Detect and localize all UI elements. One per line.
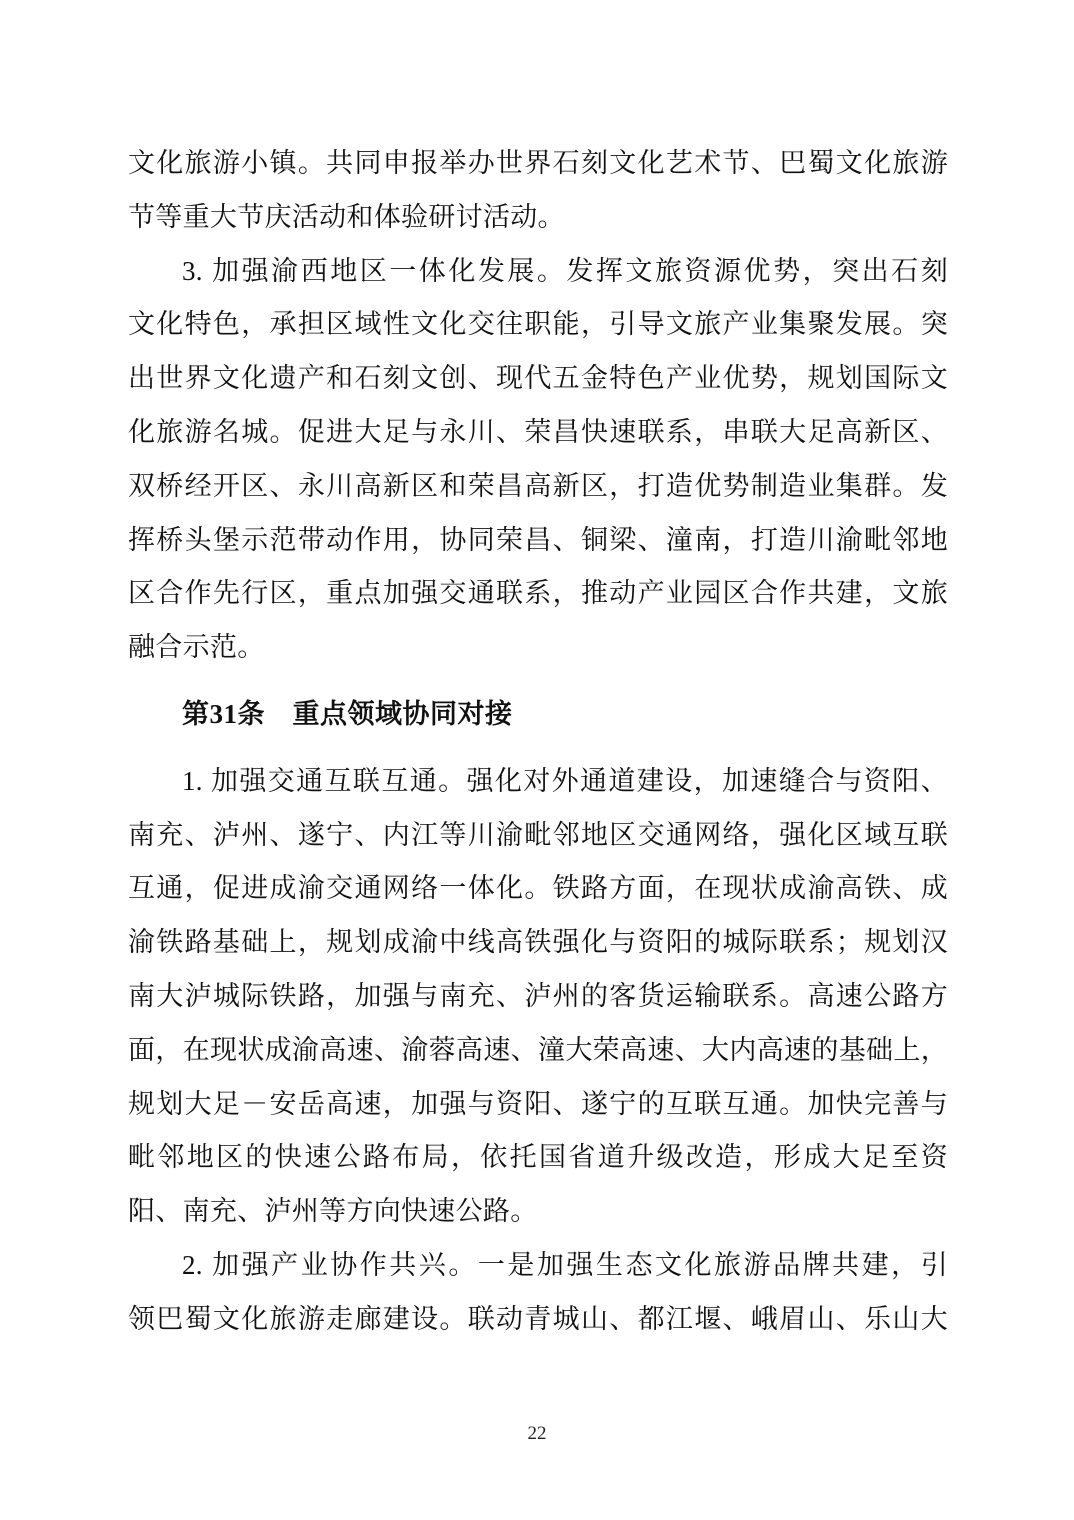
text-line: 互通，促进成渝交通网络一体化。铁路方面，在现状成渝高铁、成 (128, 862, 948, 916)
text-line: 双桥经开区、永川高新区和荣昌高新区，打造优势制造业集群。发 (128, 460, 948, 514)
text-line: 阳、南充、泸州等方向快速公路。 (128, 1185, 948, 1239)
text-line: 文化特色，承担区域性文化交往职能，引导文旅产业集聚发展。突 (128, 298, 948, 352)
paragraph: 1. 加强交通互联互通。强化对外通道建设，加速缝合与资阳、南充、泸州、遂宁、内江… (128, 755, 948, 1239)
text-line: 领巴蜀文化旅游走廊建设。联动青城山、都江堰、峨眉山、乐山大 (128, 1293, 948, 1347)
text-line: 区合作先行区，重点加强交通联系，推动产业园区合作共建，文旅 (128, 567, 948, 621)
text-line: 南大泸城际铁路，加强与南充、泸州的客货运输联系。高速公路方 (128, 970, 948, 1024)
text-line: 挥桥头堡示范带动作用，协同荣昌、铜梁、潼南，打造川渝毗邻地 (128, 514, 948, 568)
text-line: 化旅游名城。促进大足与永川、荣昌快速联系，串联大足高新区、 (128, 406, 948, 460)
page-number: 22 (0, 1421, 1074, 1447)
text-line: 节等重大节庆活动和体验研讨活动。 (128, 191, 948, 245)
text-line: 出世界文化遗产和石刻文创、现代五金特色产业优势，规划国际文 (128, 352, 948, 406)
paragraph: 2. 加强产业协作共兴。一是加强生态文化旅游品牌共建，引领巴蜀文化旅游走廊建设。… (128, 1239, 948, 1347)
paragraph: 3. 加强渝西地区一体化发展。发挥文旅资源优势，突出石刻文化特色，承担区域性文化… (128, 245, 948, 675)
text-line: 2. 加强产业协作共兴。一是加强生态文化旅游品牌共建，引 (128, 1239, 948, 1293)
text-line: 渝铁路基础上，规划成渝中线高铁强化与资阳的城际联系；规划汉 (128, 916, 948, 970)
text-line: 规划大足－安岳高速，加强与资阳、遂宁的互联互通。加快完善与 (128, 1078, 948, 1132)
text-line: 第31条 重点领域协同对接 (128, 688, 948, 742)
document-body: 文化旅游小镇。共同申报举办世界石刻文化艺术节、巴蜀文化旅游节等重大节庆活动和体验… (128, 137, 948, 1347)
text-line: 面，在现状成渝高速、渝蓉高速、潼大荣高速、大内高速的基础上， (128, 1024, 948, 1078)
text-line: 1. 加强交通互联互通。强化对外通道建设，加速缝合与资阳、 (128, 755, 948, 809)
text-line: 融合示范。 (128, 621, 948, 675)
paragraph: 文化旅游小镇。共同申报举办世界石刻文化艺术节、巴蜀文化旅游节等重大节庆活动和体验… (128, 137, 948, 245)
text-line: 文化旅游小镇。共同申报举办世界石刻文化艺术节、巴蜀文化旅游 (128, 137, 948, 191)
text-line: 南充、泸州、遂宁、内江等川渝毗邻地区交通网络，强化区域互联 (128, 809, 948, 863)
text-line: 3. 加强渝西地区一体化发展。发挥文旅资源优势，突出石刻 (128, 245, 948, 299)
document-page: 文化旅游小镇。共同申报举办世界石刻文化艺术节、巴蜀文化旅游节等重大节庆活动和体验… (0, 0, 1074, 1520)
section-heading: 第31条 重点领域协同对接 (128, 688, 948, 742)
text-line: 毗邻地区的快速公路布局，依托国省道升级改造，形成大足至资 (128, 1131, 948, 1185)
